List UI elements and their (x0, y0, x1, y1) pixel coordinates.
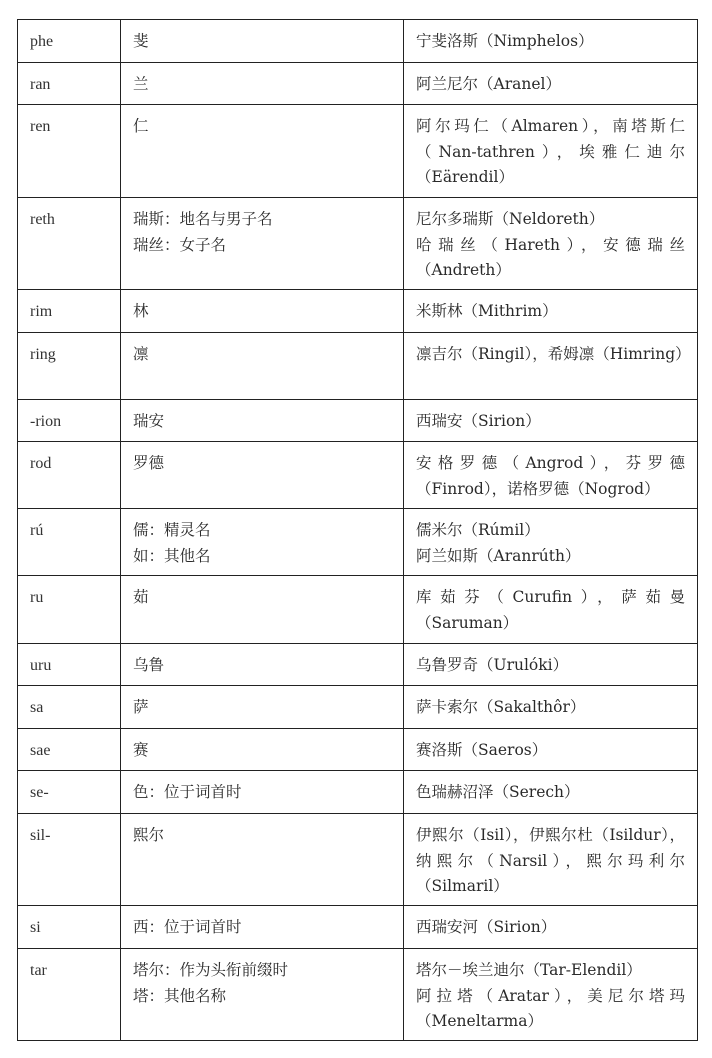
translation-cell: 林 (121, 290, 404, 333)
examples-cell: 儒米尔（Rúmil）阿兰如斯（Aranrúth） (404, 509, 698, 576)
root-text: phe (30, 29, 108, 55)
root-text: ring (30, 342, 108, 368)
table-row-reth: reth 瑞斯：地名与男子名瑞丝：女子名 尼尔多瑞斯（Neldoreth）哈瑞丝… (18, 198, 698, 290)
root-text: sae (30, 738, 108, 764)
root-cell: sae (18, 729, 121, 771)
translation-cell: 瑞斯：地名与男子名瑞丝：女子名 (121, 198, 404, 290)
root-text: sil- (30, 823, 108, 849)
table-row-r: rú 儒：精灵名如：其他名 儒米尔（Rúmil）阿兰如斯（Aranrúth） (18, 509, 698, 576)
translation-cell: 兰 (121, 63, 404, 105)
translation-cell: 儒：精灵名如：其他名 (121, 509, 404, 576)
root-text: ran (30, 72, 108, 98)
translation-text: 乌鲁 (133, 653, 391, 679)
table-row-rion: -rion 瑞安 西瑞安（Sirion） (18, 400, 698, 442)
translation-text: 凛 (133, 342, 391, 368)
root-text: -rion (30, 409, 108, 435)
example-text: 阿拉塔（Aratar），美尼尔塔玛（Meneltarma） (416, 984, 685, 1035)
examples-cell: 安格罗德（Angrod），芬罗德（Finrod），诺格罗德（Nogrod） (404, 442, 698, 509)
translation-text: 林 (133, 299, 391, 325)
examples-cell: 乌鲁罗奇（Urulóki） (404, 644, 698, 686)
glossary-table: phe 斐 宁斐洛斯（Nimphelos） ran 兰 阿兰尼尔（Aranel）… (17, 19, 698, 1041)
root-cell: uru (18, 644, 121, 686)
example-text: 西瑞安（Sirion） (416, 409, 685, 435)
translation-cell: 赛 (121, 729, 404, 771)
table-row-tar: tar 塔尔：作为头衔前缀时塔：其他名称 塔尔－埃兰迪尔（Tar-Elendil… (18, 949, 698, 1041)
table-row-ring: ring 凛 凛吉尔（Ringil），希姆凛（Himring） (18, 333, 698, 400)
example-text: 乌鲁罗奇（Urulóki） (416, 653, 685, 679)
root-cell: ren (18, 105, 121, 198)
translation-text: 瑞安 (133, 409, 391, 435)
example-text: 萨卡索尔（Sakalthôr） (416, 695, 685, 721)
table-row-ran: ran 兰 阿兰尼尔（Aranel） (18, 63, 698, 105)
translation-cell: 罗德 (121, 442, 404, 509)
table-row-rim: rim 林 米斯林（Mithrim） (18, 290, 698, 333)
examples-cell: 色瑞赫沼泽（Serech） (404, 771, 698, 814)
example-text: 伊熙尔（Isil），伊熙尔杜（Isildur），纳熙尔（Narsil），熙尔玛利… (416, 823, 685, 900)
example-text: 西瑞安河（Sirion） (416, 915, 685, 941)
examples-cell: 西瑞安河（Sirion） (404, 906, 698, 949)
examples-cell: 赛洛斯（Saeros） (404, 729, 698, 771)
table-row-uru: uru 乌鲁 乌鲁罗奇（Urulóki） (18, 644, 698, 686)
root-cell: sil- (18, 814, 121, 906)
examples-cell: 尼尔多瑞斯（Neldoreth）哈瑞丝（Hareth），安德瑞丝（Andreth… (404, 198, 698, 290)
translation-cell: 塔尔：作为头衔前缀时塔：其他名称 (121, 949, 404, 1041)
root-text: rod (30, 451, 108, 477)
translation-text: 斐 (133, 29, 391, 55)
translation-cell: 萨 (121, 686, 404, 729)
table-row-ren: ren 仁 阿尔玛仁（Almaren），南塔斯仁（Nan-tathren），埃雅… (18, 105, 698, 198)
translation-cell: 瑞安 (121, 400, 404, 442)
root-cell: sa (18, 686, 121, 729)
translation-cell: 西：位于词首时 (121, 906, 404, 949)
example-text: 安格罗德（Angrod），芬罗德（Finrod），诺格罗德（Nogrod） (416, 451, 685, 502)
root-text: rim (30, 299, 108, 325)
table-row-ru: ru 茹 库茹芬（Curufin），萨茹曼（Saruman） (18, 576, 698, 644)
translation-text: 色：位于词首时 (133, 780, 391, 806)
table-row-sil: sil- 熙尔 伊熙尔（Isil），伊熙尔杜（Isildur），纳熙尔（Nars… (18, 814, 698, 906)
examples-cell: 凛吉尔（Ringil），希姆凛（Himring） (404, 333, 698, 400)
root-cell: rim (18, 290, 121, 333)
translation-text: 塔尔：作为头衔前缀时 (133, 958, 391, 984)
root-cell: ru (18, 576, 121, 644)
examples-cell: 阿尔玛仁（Almaren），南塔斯仁（Nan-tathren），埃雅仁迪尔（Eä… (404, 105, 698, 198)
translation-text: 兰 (133, 72, 391, 98)
translation-text: 萨 (133, 695, 391, 721)
root-cell: reth (18, 198, 121, 290)
root-text: sa (30, 695, 108, 721)
root-text: ru (30, 585, 108, 611)
translation-text: 塔：其他名称 (133, 984, 391, 1010)
table-row-se: se- 色：位于词首时 色瑞赫沼泽（Serech） (18, 771, 698, 814)
example-text: 哈瑞丝（Hareth），安德瑞丝（Andreth） (416, 233, 685, 284)
example-text: 赛洛斯（Saeros） (416, 738, 685, 764)
translation-cell: 茹 (121, 576, 404, 644)
example-text: 色瑞赫沼泽（Serech） (416, 780, 685, 806)
root-cell: rod (18, 442, 121, 509)
example-text: 宁斐洛斯（Nimphelos） (416, 29, 685, 55)
examples-cell: 西瑞安（Sirion） (404, 400, 698, 442)
example-text: 库茹芬（Curufin），萨茹曼（Saruman） (416, 585, 685, 636)
examples-cell: 库茹芬（Curufin），萨茹曼（Saruman） (404, 576, 698, 644)
table-row-rod: rod 罗德 安格罗德（Angrod），芬罗德（Finrod），诺格罗德（Nog… (18, 442, 698, 509)
root-cell: se- (18, 771, 121, 814)
translation-cell: 色：位于词首时 (121, 771, 404, 814)
translation-cell: 熙尔 (121, 814, 404, 906)
translation-text: 西：位于词首时 (133, 915, 391, 941)
translation-text: 仁 (133, 114, 391, 140)
example-text: 米斯林（Mithrim） (416, 299, 685, 325)
root-cell: tar (18, 949, 121, 1041)
table-row-sa: sa 萨 萨卡索尔（Sakalthôr） (18, 686, 698, 729)
root-text: ren (30, 114, 108, 140)
root-text: se- (30, 780, 108, 806)
translation-cell: 凛 (121, 333, 404, 400)
example-text: 阿尔玛仁（Almaren），南塔斯仁（Nan-tathren），埃雅仁迪尔（Eä… (416, 114, 685, 191)
root-text: tar (30, 958, 108, 984)
example-text: 阿兰尼尔（Aranel） (416, 72, 685, 98)
example-text: 塔尔－埃兰迪尔（Tar-Elendil） (416, 958, 685, 984)
translation-text: 瑞丝：女子名 (133, 233, 391, 259)
root-cell: ring (18, 333, 121, 400)
examples-cell: 萨卡索尔（Sakalthôr） (404, 686, 698, 729)
table-row-sae: sae 赛 赛洛斯（Saeros） (18, 729, 698, 771)
root-cell: rú (18, 509, 121, 576)
root-text: rú (30, 518, 108, 544)
examples-cell: 阿兰尼尔（Aranel） (404, 63, 698, 105)
glossary-body: phe 斐 宁斐洛斯（Nimphelos） ran 兰 阿兰尼尔（Aranel）… (18, 20, 698, 1041)
table-row-si: si 西：位于词首时 西瑞安河（Sirion） (18, 906, 698, 949)
translation-text: 茹 (133, 585, 391, 611)
examples-cell: 伊熙尔（Isil），伊熙尔杜（Isildur），纳熙尔（Narsil），熙尔玛利… (404, 814, 698, 906)
root-cell: -rion (18, 400, 121, 442)
examples-cell: 塔尔－埃兰迪尔（Tar-Elendil）阿拉塔（Aratar），美尼尔塔玛（Me… (404, 949, 698, 1041)
example-text: 凛吉尔（Ringil），希姆凛（Himring） (416, 342, 685, 368)
translation-text: 熙尔 (133, 823, 391, 849)
translation-text: 瑞斯：地名与男子名 (133, 207, 391, 233)
translation-text: 儒：精灵名 (133, 518, 391, 544)
translation-cell: 乌鲁 (121, 644, 404, 686)
table-row-phe: phe 斐 宁斐洛斯（Nimphelos） (18, 20, 698, 63)
root-cell: phe (18, 20, 121, 63)
root-cell: si (18, 906, 121, 949)
example-text: 尼尔多瑞斯（Neldoreth） (416, 207, 685, 233)
example-text: 儒米尔（Rúmil） (416, 518, 685, 544)
root-cell: ran (18, 63, 121, 105)
translation-text: 罗德 (133, 451, 391, 477)
examples-cell: 米斯林（Mithrim） (404, 290, 698, 333)
root-text: uru (30, 653, 108, 679)
root-text: reth (30, 207, 108, 233)
example-text: 阿兰如斯（Aranrúth） (416, 544, 685, 570)
translation-text: 如：其他名 (133, 544, 391, 570)
translation-cell: 斐 (121, 20, 404, 63)
translation-text: 赛 (133, 738, 391, 764)
root-text: si (30, 915, 108, 941)
translation-cell: 仁 (121, 105, 404, 198)
examples-cell: 宁斐洛斯（Nimphelos） (404, 20, 698, 63)
